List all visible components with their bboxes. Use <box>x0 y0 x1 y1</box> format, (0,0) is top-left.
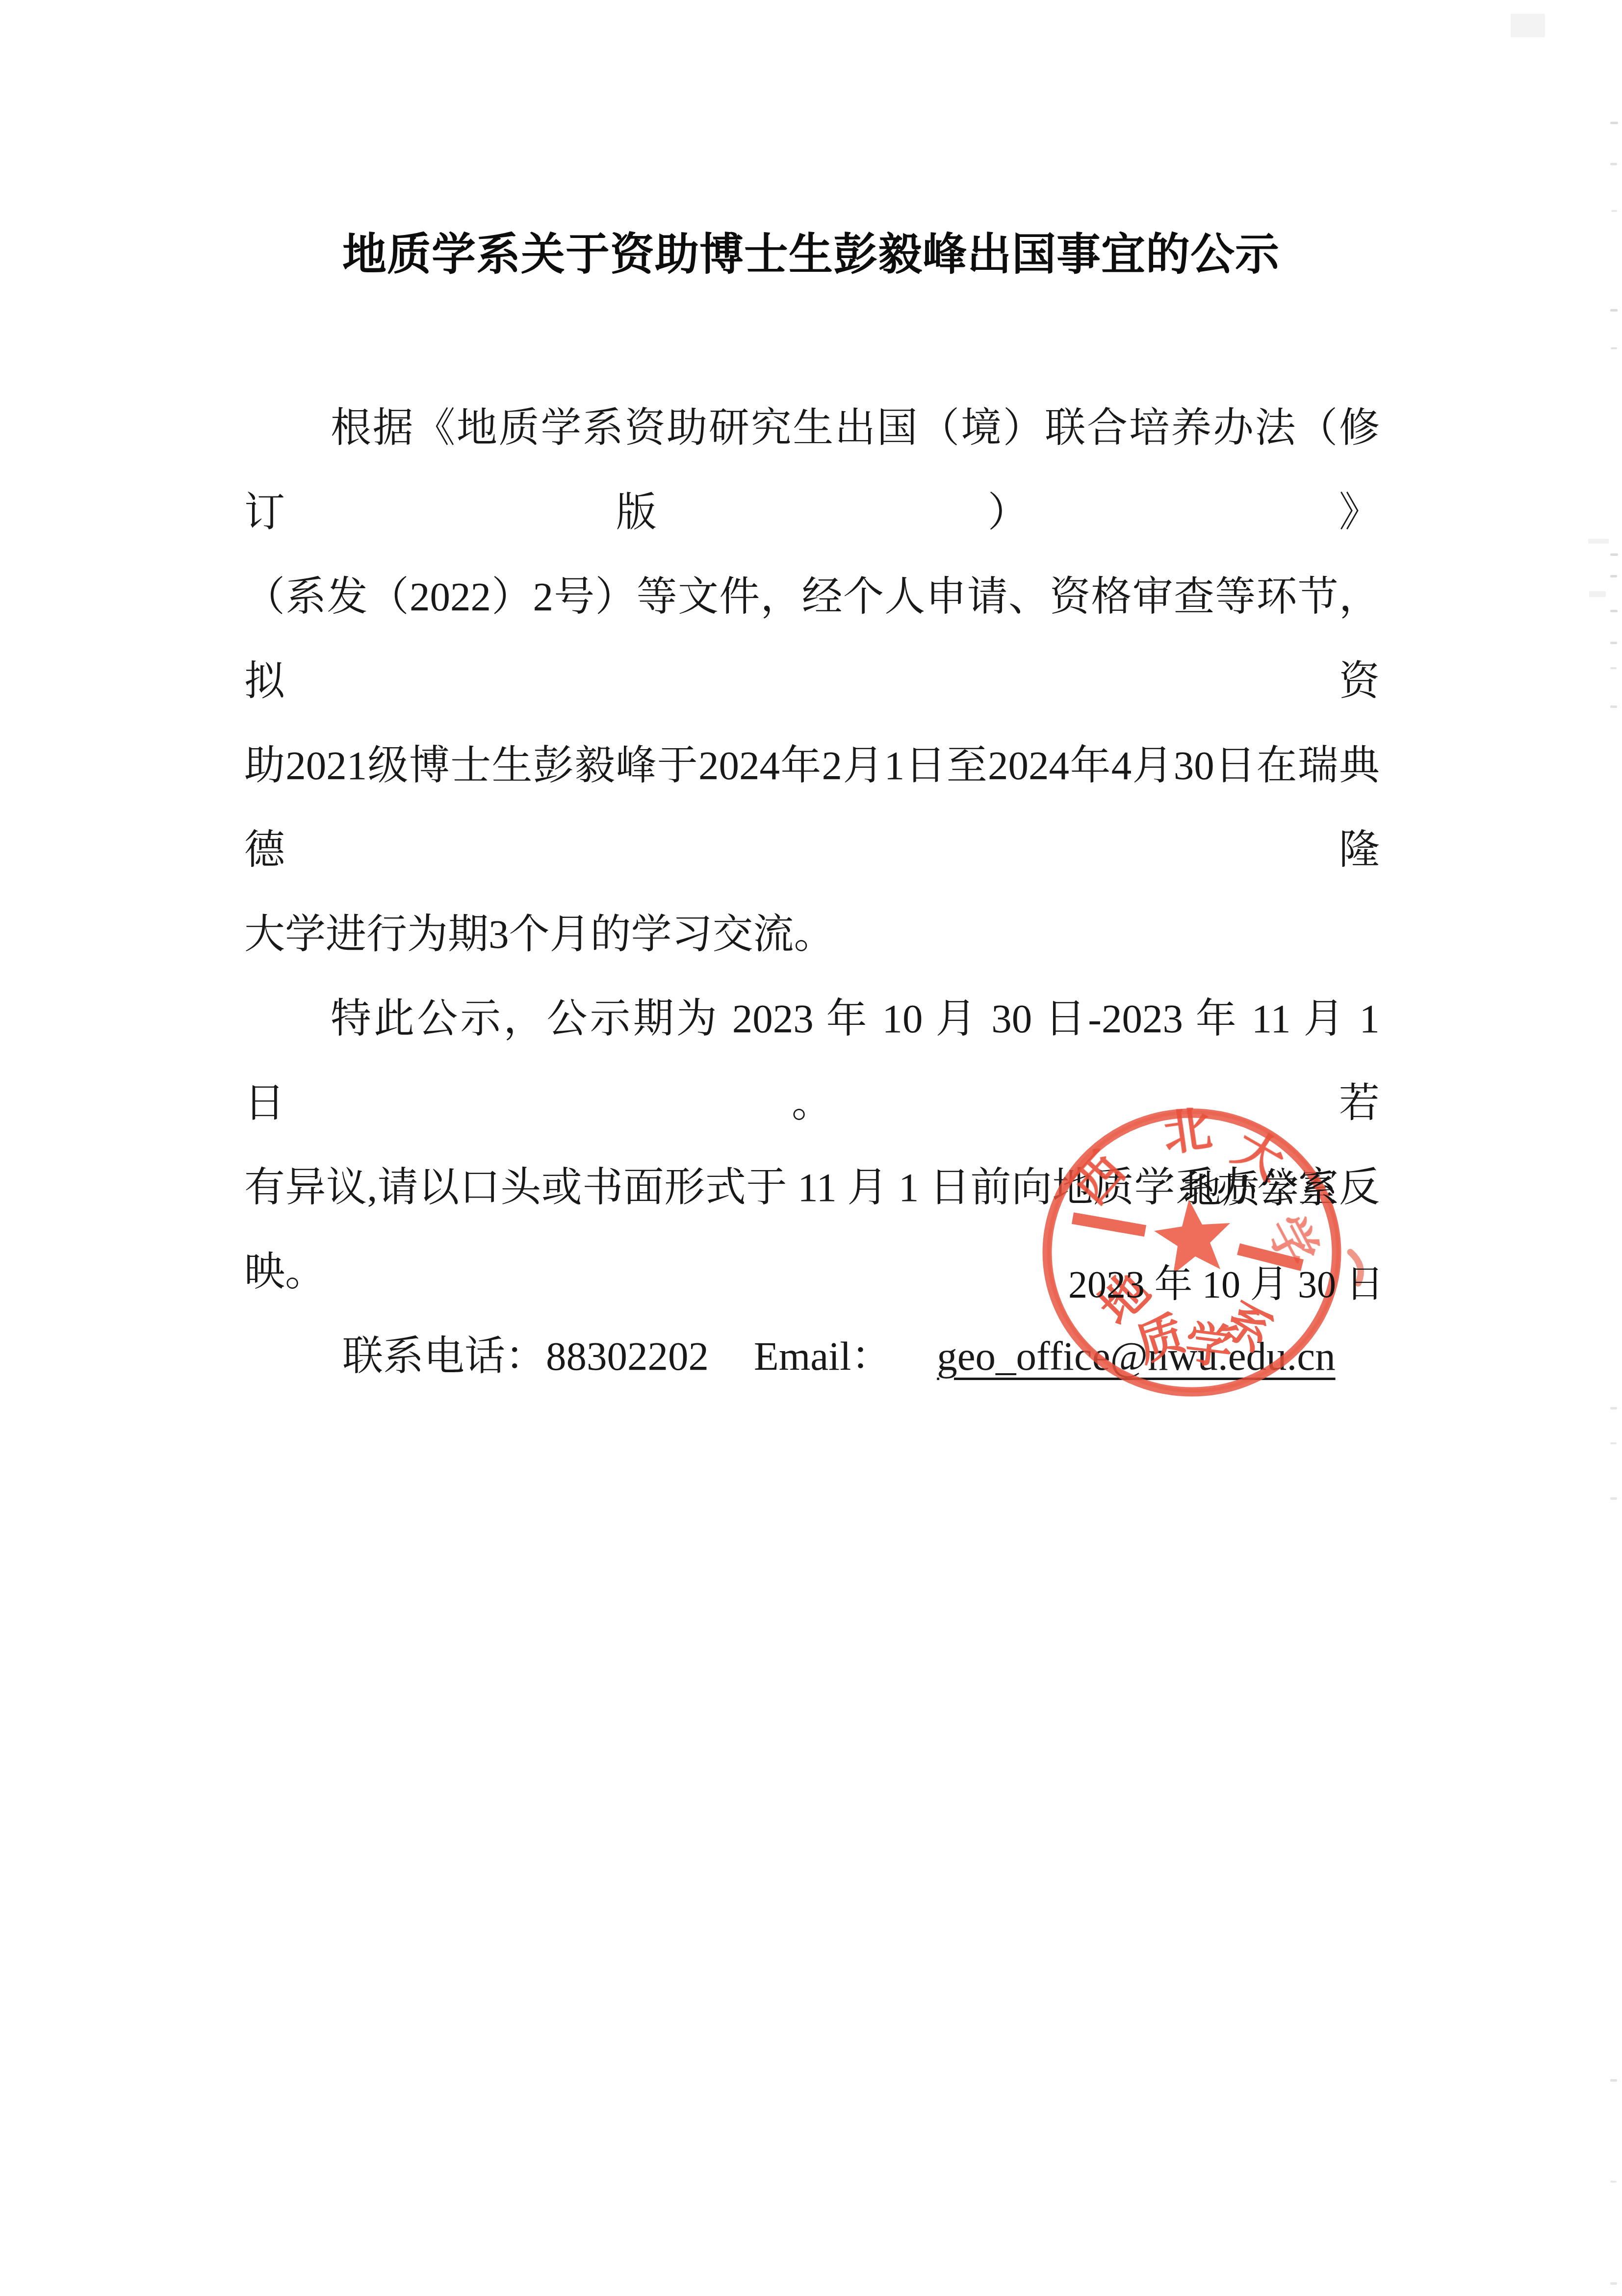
scan-noise-mark <box>1611 347 1617 349</box>
scan-noise-mark <box>1610 2181 1617 2183</box>
scan-noise-mark <box>1610 1497 1617 1500</box>
document-page: 地质学系关于资助博士生彭毅峰出国事宜的公示 根据《地质学系资助研究生出国（境）联… <box>0 0 1622 2296</box>
seal-left-dash <box>1073 1218 1145 1231</box>
scan-noise-mark <box>1610 575 1617 577</box>
signature-date: 2023 年 10 月 30 日 <box>1068 1265 1384 1304</box>
notice-title: 地质学系关于资助博士生彭毅峰出国事宜的公示 <box>0 227 1622 284</box>
seal-char: 北 <box>1160 1104 1215 1161</box>
signature-department: 地质学系 <box>1184 1171 1339 1209</box>
scan-noise-mark <box>1610 642 1617 644</box>
scan-noise-mark <box>1610 122 1618 124</box>
body-line: 助2021级博士生彭毅峰于2024年2月1日至2024年4月30日在瑞典德隆 <box>244 723 1380 892</box>
official-seal-stamp: 西 北 大 学 地 质 学 系 <box>1028 1104 1371 1408</box>
scan-noise-mark <box>1610 553 1618 556</box>
scan-noise-mark <box>1610 1442 1617 1444</box>
scan-noise-mark <box>1610 705 1617 708</box>
scan-noise-mark <box>1511 14 1545 37</box>
phone-label: 联系电话： <box>342 1333 546 1379</box>
scan-noise-mark <box>1610 2079 1617 2082</box>
scan-noise-mark <box>1610 2282 1617 2285</box>
scan-noise-mark <box>1588 539 1609 544</box>
seal-char: 西 <box>1063 1143 1135 1214</box>
body-line: （系发（2022）2号）等文件，经个人申请、资格审查等环节，拟资 <box>244 554 1380 723</box>
scan-noise-mark <box>1610 1407 1617 1409</box>
body-line: 大学进行为期3个月的学习交流。 <box>244 892 1380 976</box>
phone-number: 88302202 <box>546 1333 709 1379</box>
scan-noise-mark <box>1611 210 1617 212</box>
paragraph-basis: 根据《地质学系资助研究生出国（境）联合培养办法（修订版）》 （系发（2022）2… <box>244 386 1380 976</box>
email-label: Email： <box>754 1333 892 1379</box>
scan-noise-mark <box>1610 309 1618 312</box>
scan-noise-mark <box>1610 610 1618 612</box>
scan-noise-mark <box>1610 163 1617 165</box>
body-line: 根据《地质学系资助研究生出国（境）联合培养办法（修订版）》 <box>244 386 1380 554</box>
scan-noise-mark <box>1589 591 1606 597</box>
scan-noise-mark <box>1610 667 1617 669</box>
